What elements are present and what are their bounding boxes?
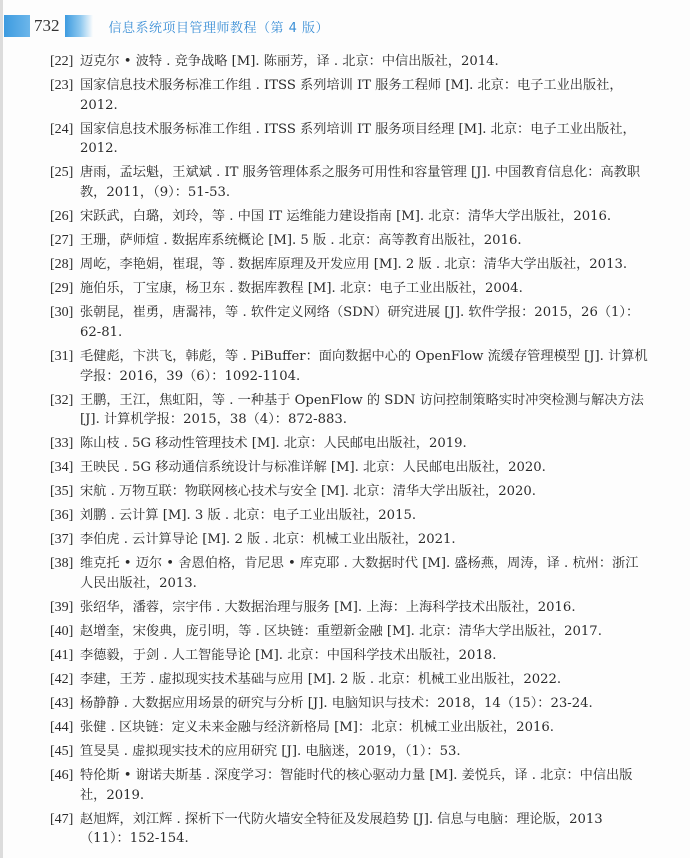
- reference-text: 张健 . 区块链：定义未来金融与经济新格局 [M]：北京：机械工业出版社，201…: [80, 718, 650, 738]
- reference-number: [23]: [50, 76, 80, 96]
- reference-item: [22]迈克尔 • 波特 . 竞争战略 [M]. 陈丽芳，译 . 北京：中信出版…: [50, 52, 650, 72]
- reference-number: [31]: [50, 347, 80, 367]
- reference-number: [44]: [50, 718, 80, 738]
- reference-item: [34]王映民 . 5G 移动通信系统设计与标准详解 [M]. 北京：人民邮电出…: [50, 458, 650, 478]
- reference-text: 笪旻昊 . 虚拟现实技术的应用研究 [J]. 电脑迷，2019，（1）：53.: [80, 742, 650, 762]
- reference-item: [25]唐雨，孟坛魁，王斌斌 . IT 服务管理体系之服务可用性和容量管理 [J…: [50, 163, 650, 202]
- reference-number: [47]: [50, 810, 80, 830]
- header-accent-bar-right: [65, 15, 93, 37]
- reference-item: [46]特伦斯 • 谢诺夫斯基 . 深度学习：智能时代的核心驱动力量 [M]. …: [50, 766, 650, 805]
- reference-item: [33]陈山枝 . 5G 移动性管理技术 [M]. 北京：人民邮电出版社，201…: [50, 434, 650, 454]
- reference-list: [22]迈克尔 • 波特 . 竞争战略 [M]. 陈丽芳，译 . 北京：中信出版…: [50, 52, 650, 853]
- reference-number: [29]: [50, 279, 80, 299]
- reference-item: [32]王鹏，王江，焦虹阳，等 . 一种基于 OpenFlow 的 SDN 访问…: [50, 391, 650, 430]
- reference-text: 刘鹏 . 云计算 [M]. 3 版 . 北京：电子工业出版社，2015.: [80, 506, 650, 526]
- reference-text: 张朝昆，崔勇，唐翯祎，等 . 软件定义网络（SDN）研究进展 [J]. 软件学报…: [80, 303, 650, 342]
- reference-number: [39]: [50, 598, 80, 618]
- reference-number: [46]: [50, 766, 80, 786]
- reference-text: 张绍华，潘蓉，宗宇伟 . 大数据治理与服务 [M]. 上海：上海科学技术出版社，…: [80, 598, 650, 618]
- page-header: 732 信息系统项目管理师教程（第 4 版）: [0, 15, 690, 37]
- reference-text: 王珊，萨师煊 . 数据库系统概论 [M]. 5 版 . 北京：高等教育出版社，2…: [80, 231, 650, 251]
- reference-number: [26]: [50, 207, 80, 227]
- reference-text: 宋航 . 万物互联：物联网核心技术与安全 [M]. 北京：清华大学出版社，202…: [80, 482, 650, 502]
- reference-text: 李伯虎 . 云计算导论 [M]. 2 版 . 北京：机械工业出版社，2021.: [80, 530, 650, 550]
- reference-item: [41]李德毅，于剑 . 人工智能导论 [M]. 北京：中国科学技术出版社，20…: [50, 646, 650, 666]
- reference-item: [28]周屹，李艳娟，崔琨，等 . 数据库原理及开发应用 [M]. 2 版 . …: [50, 255, 650, 275]
- reference-item: [44]张健 . 区块链：定义未来金融与经济新格局 [M]：北京：机械工业出版社…: [50, 718, 650, 738]
- reference-text: 赵旭辉，刘江辉 . 探析下一代防火墙安全特征及发展趋势 [J]. 信息与电脑：理…: [80, 810, 650, 849]
- reference-number: [27]: [50, 231, 80, 251]
- reference-item: [43]杨静静 . 大数据应用场景的研究与分析 [J]. 电脑知识与技术：201…: [50, 694, 650, 714]
- book-title: 信息系统项目管理师教程（第 4 版）: [109, 17, 330, 36]
- reference-number: [33]: [50, 434, 80, 454]
- reference-item: [38]维克托 • 迈尔 • 舍恩伯格，肯尼思 • 库克耶 . 大数据时代 [M…: [50, 554, 650, 593]
- reference-number: [32]: [50, 391, 80, 411]
- reference-text: 国家信息技术服务标准工作组 . ITSS 系列培训 IT 服务项目经理 [M].…: [80, 120, 650, 159]
- reference-text: 毛健彪，卞洪飞，韩彪，等 . PiBuffer：面向数据中心的 OpenFlow…: [80, 347, 650, 386]
- reference-text: 杨静静 . 大数据应用场景的研究与分析 [J]. 电脑知识与技术：2018，14…: [80, 694, 650, 714]
- reference-item: [29]施伯乐，丁宝康，杨卫东 . 数据库教程 [M]. 北京：电子工业出版社，…: [50, 279, 650, 299]
- reference-text: 李建，王芳 . 虚拟现实技术基础与应用 [M]. 2 版 . 北京：机械工业出版…: [80, 670, 650, 690]
- reference-text: 周屹，李艳娟，崔琨，等 . 数据库原理及开发应用 [M]. 2 版 . 北京：清…: [80, 255, 650, 275]
- reference-item: [26]宋跃武，白璐，刘玲，等 . 中国 IT 运维能力建设指南 [M]. 北京…: [50, 207, 650, 227]
- reference-number: [35]: [50, 482, 80, 502]
- reference-item: [47]赵旭辉，刘江辉 . 探析下一代防火墙安全特征及发展趋势 [J]. 信息与…: [50, 810, 650, 849]
- reference-item: [42]李建，王芳 . 虚拟现实技术基础与应用 [M]. 2 版 . 北京：机械…: [50, 670, 650, 690]
- reference-item: [27]王珊，萨师煊 . 数据库系统概论 [M]. 5 版 . 北京：高等教育出…: [50, 231, 650, 251]
- reference-item: [40]赵增奎，宋俊典，庞引明，等 . 区块链：重塑新金融 [M]. 北京：清华…: [50, 622, 650, 642]
- reference-item: [37]李伯虎 . 云计算导论 [M]. 2 版 . 北京：机械工业出版社，20…: [50, 530, 650, 550]
- reference-text: 特伦斯 • 谢诺夫斯基 . 深度学习：智能时代的核心驱动力量 [M]. 姜悦兵，…: [80, 766, 650, 805]
- reference-item: [35]宋航 . 万物互联：物联网核心技术与安全 [M]. 北京：清华大学出版社…: [50, 482, 650, 502]
- reference-text: 施伯乐，丁宝康，杨卫东 . 数据库教程 [M]. 北京：电子工业出版社，2004…: [80, 279, 650, 299]
- reference-number: [45]: [50, 742, 80, 762]
- reference-number: [24]: [50, 120, 80, 140]
- reference-text: 赵增奎，宋俊典，庞引明，等 . 区块链：重塑新金融 [M]. 北京：清华大学出版…: [80, 622, 650, 642]
- reference-number: [22]: [50, 52, 80, 72]
- page-number: 732: [34, 15, 60, 37]
- reference-number: [36]: [50, 506, 80, 526]
- reference-number: [34]: [50, 458, 80, 478]
- reference-number: [42]: [50, 670, 80, 690]
- reference-item: [45]笪旻昊 . 虚拟现实技术的应用研究 [J]. 电脑迷，2019，（1）：…: [50, 742, 650, 762]
- reference-item: [31]毛健彪，卞洪飞，韩彪，等 . PiBuffer：面向数据中心的 Open…: [50, 347, 650, 386]
- header-accent-bar-left: [4, 15, 30, 37]
- reference-text: 迈克尔 • 波特 . 竞争战略 [M]. 陈丽芳，译 . 北京：中信出版社，20…: [80, 52, 650, 72]
- reference-item: [24]国家信息技术服务标准工作组 . ITSS 系列培训 IT 服务项目经理 …: [50, 120, 650, 159]
- reference-text: 维克托 • 迈尔 • 舍恩伯格，肯尼思 • 库克耶 . 大数据时代 [M]. 盛…: [80, 554, 650, 593]
- reference-item: [36]刘鹏 . 云计算 [M]. 3 版 . 北京：电子工业出版社，2015.: [50, 506, 650, 526]
- reference-item: [30]张朝昆，崔勇，唐翯祎，等 . 软件定义网络（SDN）研究进展 [J]. …: [50, 303, 650, 342]
- reference-item: [23]国家信息技术服务标准工作组 . ITSS 系列培训 IT 服务工程师 […: [50, 76, 650, 115]
- reference-text: 宋跃武，白璐，刘玲，等 . 中国 IT 运维能力建设指南 [M]. 北京：清华大…: [80, 207, 650, 227]
- reference-text: 李德毅，于剑 . 人工智能导论 [M]. 北京：中国科学技术出版社，2018.: [80, 646, 650, 666]
- reference-text: 王映民 . 5G 移动通信系统设计与标准详解 [M]. 北京：人民邮电出版社，2…: [80, 458, 650, 478]
- reference-number: [40]: [50, 622, 80, 642]
- reference-text: 王鹏，王江，焦虹阳，等 . 一种基于 OpenFlow 的 SDN 访问控制策略…: [80, 391, 650, 430]
- reference-text: 唐雨，孟坛魁，王斌斌 . IT 服务管理体系之服务可用性和容量管理 [J]. 中…: [80, 163, 650, 202]
- reference-number: [28]: [50, 255, 80, 275]
- reference-text: 国家信息技术服务标准工作组 . ITSS 系列培训 IT 服务工程师 [M]. …: [80, 76, 650, 115]
- reference-number: [37]: [50, 530, 80, 550]
- reference-number: [41]: [50, 646, 80, 666]
- page-edge: [0, 0, 3, 858]
- reference-number: [38]: [50, 554, 80, 574]
- reference-number: [30]: [50, 303, 80, 323]
- reference-text: 陈山枝 . 5G 移动性管理技术 [M]. 北京：人民邮电出版社，2019.: [80, 434, 650, 454]
- reference-number: [43]: [50, 694, 80, 714]
- reference-number: [25]: [50, 163, 80, 183]
- reference-item: [39]张绍华，潘蓉，宗宇伟 . 大数据治理与服务 [M]. 上海：上海科学技术…: [50, 598, 650, 618]
